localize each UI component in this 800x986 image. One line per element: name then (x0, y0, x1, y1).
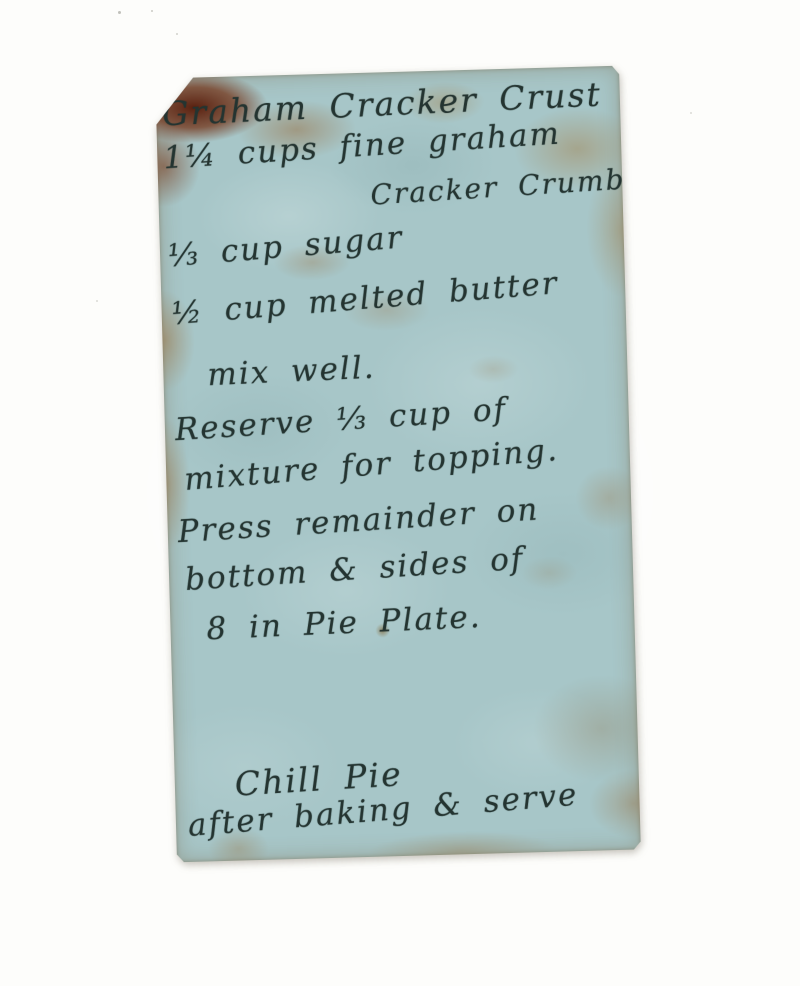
scan-speck (176, 33, 178, 35)
recipe-line-step-1: mix well. (207, 350, 377, 394)
recipe-card-wrapper: Graham Cracker Crust 1¼ cups fine graham… (155, 66, 641, 863)
scan-speck (118, 11, 121, 14)
scanned-page: Graham Cracker Crust 1¼ cups fine graham… (0, 0, 800, 986)
scan-speck (690, 112, 692, 114)
recipe-card: Graham Cracker Crust 1¼ cups fine graham… (155, 66, 641, 863)
scan-speck (151, 10, 153, 12)
scan-speck (96, 300, 98, 302)
